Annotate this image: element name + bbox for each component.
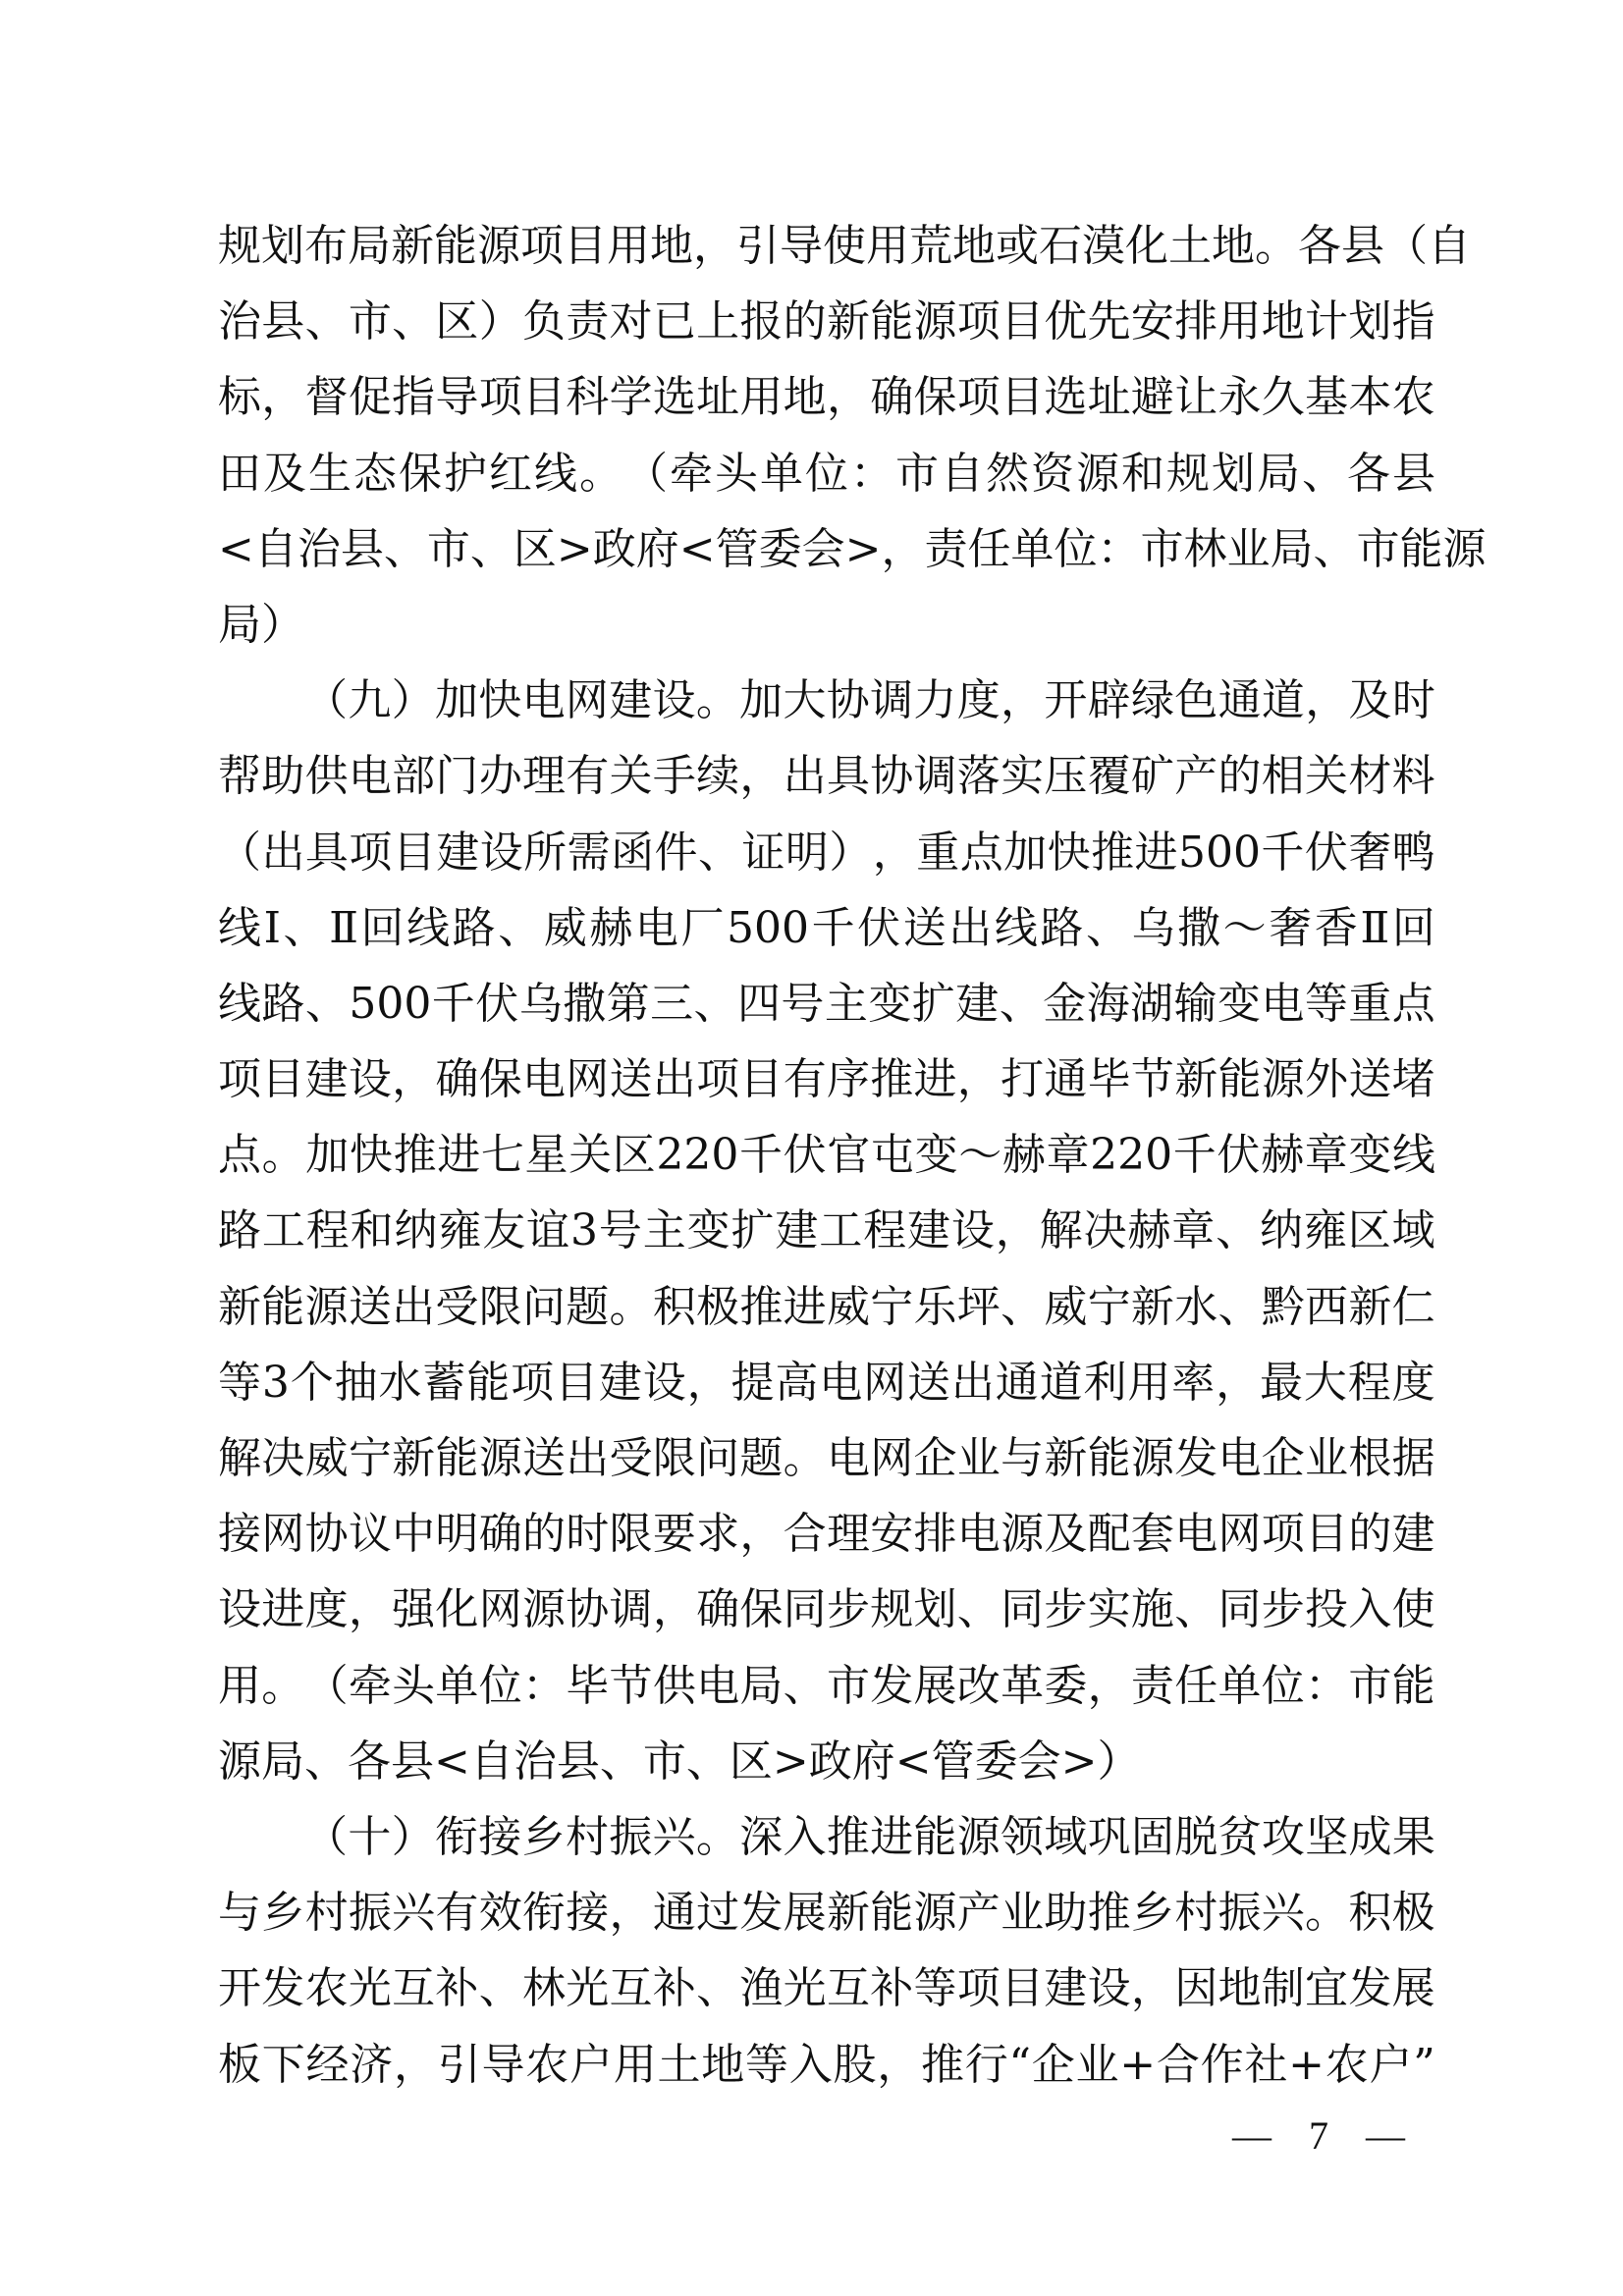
text-glyph: + (1119, 2027, 1156, 2103)
text-glyph: 网 (1217, 1496, 1261, 1572)
text-line: （出具项目建设所需函件、证明），重点加快推进500千伏奢鸭 (218, 815, 1435, 890)
text-glyph: 使 (1392, 1572, 1435, 1647)
text-glyph: 。 (610, 1269, 653, 1345)
text-glyph: 新 (1348, 1269, 1391, 1345)
text-glyph: 点 (1392, 966, 1435, 1041)
text-glyph: 撒 (1177, 890, 1220, 966)
text-glyph: 具 (827, 738, 870, 814)
text-glyph: 、 (696, 1950, 739, 2026)
text-glyph: 土 (1168, 208, 1212, 284)
text-glyph: 助 (1044, 1875, 1087, 1950)
text-glyph: （ (305, 1648, 349, 1724)
text-glyph: ） (479, 284, 522, 359)
text-glyph: 章 (1047, 1117, 1090, 1193)
text-glyph: 同 (784, 1572, 827, 1647)
text-glyph: 业 (1076, 2027, 1119, 2103)
text-glyph: 项 (957, 1950, 1001, 2026)
text-glyph: 3 (262, 1345, 290, 1420)
text-glyph: 伏 (475, 966, 518, 1041)
text-glyph: 四 (737, 966, 781, 1041)
text-glyph: 出 (261, 815, 304, 890)
text-glyph: 、 (600, 1724, 643, 1799)
text-glyph: 治 (298, 511, 341, 587)
text-glyph: 加 (1003, 815, 1047, 890)
text-glyph: 具 (305, 815, 349, 890)
text-glyph: 排 (1174, 284, 1217, 359)
text-glyph: 石 (1039, 208, 1082, 284)
text-glyph: 各 (1298, 208, 1341, 284)
text-glyph: 堵 (1392, 1041, 1435, 1117)
text-glyph: 振 (609, 1799, 652, 1875)
text-glyph: 的 (784, 284, 827, 359)
text-glyph: 线 (1392, 1117, 1435, 1193)
text-glyph: 问 (696, 1420, 739, 1496)
text-glyph: 址 (1088, 359, 1131, 435)
text-glyph: 、 (698, 815, 741, 890)
text-glyph: 利 (1084, 1345, 1127, 1420)
text-glyph: 毕 (1088, 1041, 1131, 1117)
text-glyph: ， (653, 1572, 696, 1647)
text-glyph: 、 (957, 1572, 1001, 1647)
text-glyph: 千 (739, 1117, 783, 1193)
text-glyph: 能 (434, 208, 477, 284)
text-glyph: 进 (437, 1117, 480, 1193)
text-glyph: 县 (391, 1724, 434, 1799)
text-glyph: 电 (827, 1420, 870, 1496)
text-glyph: 九 (348, 663, 391, 738)
text-glyph: 送 (1348, 1041, 1391, 1117)
text-glyph: 使 (823, 208, 866, 284)
text-glyph: < (895, 1724, 932, 1799)
text-glyph: 排 (914, 1496, 957, 1572)
text-glyph: 变 (915, 1117, 958, 1193)
text-glyph: 本 (1348, 359, 1391, 435)
text-glyph: 续 (696, 738, 739, 814)
text-glyph: 域 (1392, 1193, 1435, 1268)
text-glyph: 水 (1174, 1269, 1217, 1345)
text-glyph: 电 (1174, 1496, 1217, 1572)
text-glyph: 计 (1305, 284, 1348, 359)
text-glyph: 果 (1392, 1799, 1435, 1875)
text-glyph: 能 (870, 1875, 913, 1950)
text-glyph: 扩 (731, 1193, 775, 1268)
text-line: 解决威宁新能源送出受限问题。电网企业与新能源发电企业根据 (218, 1420, 1435, 1496)
text-glyph: 程 (306, 1193, 350, 1268)
text-glyph: 开 (1044, 663, 1087, 738)
text-glyph: 标 (218, 359, 261, 435)
text-glyph: 赫 (1002, 1117, 1046, 1193)
text-glyph: 建 (955, 966, 999, 1041)
text-glyph: 伏 (1305, 815, 1348, 890)
text-glyph: 源 (305, 1269, 349, 1345)
text-glyph: 领 (1001, 1799, 1044, 1875)
text-glyph: 件 (655, 815, 698, 890)
text-glyph: 、 (1216, 1193, 1259, 1268)
text-glyph: 产 (1174, 738, 1217, 814)
text-glyph: 宁 (1088, 1269, 1131, 1345)
text-glyph: 有 (566, 738, 609, 814)
text-glyph: 能 (466, 1345, 510, 1420)
text-glyph: 局 (739, 1648, 783, 1724)
text-glyph: 变 (687, 1193, 730, 1268)
text-line: 源局、各县<自治县、市、区>政府<管委会>） (218, 1724, 1435, 1799)
text-glyph: 高 (775, 1345, 818, 1420)
text-glyph: 关 (1305, 738, 1348, 814)
text-line: 接网协议中明确的时限要求，合理安排电源及配套电网项目的建 (218, 1496, 1435, 1572)
text-glyph: 鸭 (1392, 815, 1435, 890)
text-glyph: 业 (1227, 511, 1271, 587)
text-glyph: 光 (566, 1950, 609, 2026)
text-glyph: 西 (1305, 1269, 1348, 1345)
text-glyph: 自 (254, 511, 298, 587)
text-glyph: 坚 (1305, 1799, 1348, 1875)
text-glyph: 推 (827, 1799, 870, 1875)
text-glyph: 千 (812, 890, 855, 966)
text-glyph: 海 (1087, 966, 1130, 1041)
text-glyph: 谊 (526, 1193, 569, 1268)
text-glyph: + (1288, 2027, 1325, 2103)
text-glyph: 建 (609, 663, 652, 738)
text-glyph: 责 (566, 284, 609, 359)
text-glyph: 程 (863, 1193, 906, 1268)
text-glyph: 电 (522, 1041, 566, 1117)
text-glyph: 政 (593, 511, 636, 587)
text-glyph: 、 (304, 1724, 348, 1799)
text-glyph: 同 (1217, 1572, 1261, 1647)
text-glyph: 奢 (1348, 815, 1391, 890)
text-glyph: 等 (218, 1345, 261, 1420)
text-glyph: ） (261, 587, 304, 663)
text-glyph: 重 (916, 815, 959, 890)
text-glyph: 股 (834, 2027, 877, 2103)
text-line: 与乡村振兴有效衔接，通过发展新能源产业助推乡村振兴。积极 (218, 1875, 1435, 1950)
text-glyph: 光 (784, 1950, 827, 2026)
text-glyph: 伏 (1217, 1117, 1260, 1193)
text-glyph: 地 (784, 359, 827, 435)
text-glyph: 兴 (653, 1799, 696, 1875)
text-glyph: 覆 (1088, 738, 1131, 814)
text-glyph: 村 (1174, 1875, 1217, 1950)
text-glyph: 序 (827, 1041, 870, 1117)
text-glyph: 地 (1262, 284, 1305, 359)
text-glyph: 衔 (522, 1875, 566, 1950)
text-glyph: 各 (348, 1724, 391, 1799)
text-glyph: 项 (479, 359, 522, 435)
text-glyph: 用 (739, 359, 783, 435)
text-glyph: ， (957, 1041, 1001, 1117)
text-glyph: 县 (1392, 436, 1435, 511)
text-glyph: ” (1413, 2027, 1435, 2103)
text-glyph: 千 (1173, 1117, 1217, 1193)
text-glyph: 管 (932, 1724, 975, 1799)
text-glyph: 、 (784, 1648, 827, 1724)
text-glyph: 目 (564, 208, 607, 284)
text-glyph: 220 (1090, 1117, 1172, 1193)
text-glyph: 兴 (1262, 1875, 1305, 1950)
text-glyph: 用 (614, 2027, 657, 2103)
text-glyph: 负 (522, 284, 566, 359)
section-heading-line: （十）衔接乡村振兴。深入推进能源领域巩固脱贫攻坚成果 (218, 1799, 1435, 1875)
text-glyph: 调 (914, 738, 957, 814)
text-glyph: 乡 (522, 1799, 566, 1875)
text-glyph: 强 (392, 1572, 435, 1647)
text-glyph: 十 (348, 1799, 391, 1875)
text-glyph: 项 (520, 208, 564, 284)
text-glyph: 供 (653, 1648, 696, 1724)
text-glyph: 通 (996, 1345, 1039, 1420)
text-glyph: 先 (1088, 284, 1131, 359)
text-glyph: 委 (1044, 1648, 1087, 1724)
text-glyph: 学 (610, 359, 653, 435)
text-glyph: 矿 (1131, 738, 1174, 814)
text-glyph: 力 (913, 663, 956, 738)
text-glyph: 土 (658, 2027, 701, 2103)
text-glyph: （ (218, 815, 261, 890)
text-glyph: 补 (870, 1950, 913, 2026)
text-glyph: 威 (827, 1269, 870, 1345)
text-glyph: 能 (913, 1799, 956, 1875)
text-glyph: 。 (696, 1799, 739, 1875)
text-glyph: 变 (868, 966, 911, 1041)
text-glyph: < (679, 511, 716, 587)
text-glyph: 项 (349, 815, 392, 890)
text-glyph: ， (1305, 663, 1348, 738)
text-glyph: 局 (348, 208, 391, 284)
text-glyph: 衔 (435, 1799, 478, 1875)
text-glyph: 七 (481, 1117, 524, 1193)
text-glyph: 电 (635, 890, 678, 966)
text-glyph: 合 (784, 1496, 827, 1572)
text-glyph: ～ (958, 1117, 1001, 1193)
text-glyph: 奢 (1269, 890, 1312, 966)
text-glyph: 成 (1349, 1799, 1392, 1875)
text-glyph: 推 (870, 1041, 913, 1117)
text-glyph: 号 (599, 1193, 642, 1268)
text-glyph: 、 (392, 284, 435, 359)
text-glyph: 变 (1348, 1117, 1391, 1193)
text-glyph: 科 (566, 359, 609, 435)
text-glyph: 、 (1217, 1269, 1261, 1345)
text-glyph: 脱 (1174, 1799, 1217, 1875)
text-glyph: 固 (1131, 1799, 1174, 1875)
text-glyph: “ (1009, 2027, 1032, 2103)
text-glyph: 宜 (1305, 1950, 1348, 2026)
text-glyph: 及 (263, 436, 306, 511)
text-glyph: 位 (1262, 1648, 1305, 1724)
text-glyph: 进 (1135, 815, 1178, 890)
text-glyph: > (845, 511, 882, 587)
text-glyph: 所 (523, 815, 567, 890)
text-glyph: 配 (1088, 1496, 1131, 1572)
text-glyph: （ (1384, 208, 1428, 284)
text-glyph: 址 (696, 359, 739, 435)
text-glyph: 然 (986, 436, 1029, 511)
text-glyph: 的 (1217, 738, 1261, 814)
text-glyph: > (773, 1724, 809, 1799)
text-glyph: 目 (739, 1041, 783, 1117)
text-glyph: 安 (870, 1496, 913, 1572)
text-glyph: 深 (739, 1799, 783, 1875)
text-glyph: 或 (996, 208, 1039, 284)
text-glyph: 和 (351, 1193, 394, 1268)
text-glyph: 提 (731, 1345, 775, 1420)
text-glyph: 域 (1044, 1799, 1087, 1875)
text-glyph: 网 (566, 663, 609, 738)
text-glyph: 蓄 (422, 1345, 465, 1420)
text-glyph: 接 (566, 1875, 609, 1950)
text-glyph: 户 (1370, 2027, 1413, 2103)
text-glyph: 选 (1044, 359, 1087, 435)
text-glyph: 对 (610, 284, 653, 359)
text-glyph: 湖 (1130, 966, 1173, 1041)
text-glyph: 自 (941, 436, 984, 511)
text-glyph: ， (877, 2027, 920, 2103)
text-glyph: 大 (783, 663, 826, 738)
text-glyph: 保 (479, 1041, 522, 1117)
text-glyph: 快 (1048, 815, 1091, 890)
text-glyph: 划 (914, 1572, 957, 1647)
body-text: 规划布局新能源项目用地，引导使用荒地或石漠化土地。各县（自 治县、市、区）负责对… (218, 208, 1435, 2103)
text-glyph: 助 (261, 738, 304, 814)
text-glyph: 出 (392, 1269, 435, 1345)
text-glyph: 、 (1000, 966, 1043, 1041)
text-glyph: 目 (555, 1345, 598, 1420)
text-glyph: 头 (715, 436, 758, 511)
text-glyph: 推 (921, 2027, 964, 2103)
text-glyph: 新 (827, 284, 870, 359)
text-glyph: 委 (759, 511, 802, 587)
text-glyph: 区 (1348, 1193, 1391, 1268)
text-glyph: 工 (819, 1193, 862, 1268)
text-glyph: ， (1088, 1648, 1131, 1724)
text-glyph: 送 (349, 1269, 392, 1345)
text-glyph: 自 (470, 1724, 514, 1799)
text-glyph: 永 (1217, 359, 1261, 435)
text-glyph: 回 (361, 890, 405, 966)
text-glyph: 加 (435, 663, 478, 738)
text-glyph: 理 (522, 738, 566, 814)
text-glyph: 赫 (1261, 1117, 1304, 1193)
page-number: — 7 — (1232, 2112, 1419, 2159)
text-glyph: 屯 (871, 1117, 914, 1193)
text-glyph: 、 (694, 966, 737, 1041)
text-glyph: 坪 (957, 1269, 1001, 1345)
text-glyph: 香 (1315, 890, 1358, 966)
text-glyph: 确 (696, 1572, 739, 1647)
text-glyph: 源 (218, 1724, 261, 1799)
text-glyph: 企 (1262, 1420, 1305, 1496)
text-glyph: 纳 (395, 1193, 438, 1268)
text-glyph: 材 (1348, 738, 1391, 814)
text-glyph: 目 (261, 1041, 304, 1117)
text-glyph: 外 (1305, 1041, 1348, 1117)
text-glyph: 率 (1171, 1345, 1215, 1420)
text-glyph: 时 (1392, 663, 1435, 738)
text-glyph: 协 (305, 1496, 349, 1572)
text-glyph: 补 (435, 1950, 478, 2026)
text-glyph: 时 (566, 1496, 609, 1572)
text-glyph: 合 (1157, 2027, 1200, 2103)
text-glyph: 限 (610, 1496, 653, 1572)
text-glyph: 道 (1262, 663, 1305, 738)
text-glyph: 能 (870, 284, 913, 359)
text-glyph: 主 (643, 1193, 686, 1268)
text-glyph: 展 (914, 1648, 957, 1724)
text-line: 等3个抽水蓄能项目建设，提高电网送出通道利用率，最大程度 (218, 1345, 1435, 1420)
text-glyph: 用 (1217, 284, 1261, 359)
text-glyph: 同 (1001, 1572, 1044, 1647)
text-glyph: ， (1001, 663, 1044, 738)
text-glyph: 能 (261, 1269, 304, 1345)
text-glyph: 步 (827, 1572, 870, 1647)
text-glyph: 能 (435, 1420, 478, 1496)
text-glyph: 压 (1044, 738, 1087, 814)
text-glyph: 市 (827, 1648, 870, 1724)
text-glyph: 与 (1001, 1420, 1044, 1496)
text-glyph: 威 (544, 890, 587, 966)
text-glyph: 220 (656, 1117, 738, 1193)
text-glyph: 度 (1392, 1345, 1435, 1420)
text-glyph: 头 (392, 1648, 435, 1724)
text-glyph: 单 (1217, 1648, 1261, 1724)
text-glyph: 网 (863, 1345, 906, 1420)
text-glyph: 规 (1166, 436, 1210, 511)
text-line: 帮助供电部门办理有关手续，出具协调落实压覆矿产的相关材料 (218, 738, 1435, 814)
text-glyph: Ⅰ (264, 890, 281, 966)
text-glyph: 发 (870, 1648, 913, 1724)
text-glyph: 的 (522, 1496, 566, 1572)
text-glyph: 接 (478, 1799, 521, 1875)
text-glyph: 议 (349, 1496, 392, 1572)
text-glyph: 落 (957, 738, 1001, 814)
text-glyph: 有 (435, 1875, 478, 1950)
text-glyph: 设 (643, 1345, 686, 1420)
text-glyph: 、 (498, 890, 541, 966)
text-glyph: 最 (1260, 1345, 1303, 1420)
text-glyph: 牵 (349, 1648, 392, 1724)
text-glyph: 辟 (1088, 663, 1131, 738)
text-glyph: 实 (1088, 1572, 1131, 1647)
text-glyph: 新 (1131, 1269, 1174, 1345)
text-glyph: 农 (1392, 359, 1435, 435)
text-line: 项目建设，确保电网送出项目有序推进，打通毕节新能源外送堵 (218, 1041, 1435, 1117)
text-glyph: 推 (1088, 1875, 1131, 1950)
text-glyph: 。 (262, 1117, 305, 1193)
text-glyph: 函 (611, 815, 654, 890)
text-glyph: 出 (566, 1420, 609, 1496)
text-glyph: 设 (1088, 1950, 1131, 2026)
text-glyph: 、 (1302, 436, 1345, 511)
text-glyph: 章 (1171, 1193, 1215, 1268)
text-glyph: 区 (730, 1724, 773, 1799)
text-glyph: 路 (1040, 890, 1083, 966)
text-glyph: 社 (1244, 2027, 1287, 2103)
text-glyph: 项 (511, 1345, 554, 1420)
text-glyph: 报 (739, 284, 783, 359)
text-glyph: 节 (610, 1648, 653, 1724)
text-glyph: 县 (341, 511, 384, 587)
text-glyph: 市 (427, 511, 470, 587)
text-glyph: 市 (1141, 511, 1184, 587)
text-line: 局） (218, 587, 1435, 663)
text-glyph: 引 (438, 2027, 481, 2103)
text-glyph: 宁 (870, 1269, 913, 1345)
text-glyph: 节 (1131, 1041, 1174, 1117)
text-glyph: 等 (914, 1950, 957, 2026)
text-line: 线Ⅰ、Ⅱ回线路、威赫电厂500千伏送出线路、乌撒～奢香Ⅱ回 (218, 890, 1435, 966)
text-glyph: 题 (739, 1420, 783, 1496)
text-glyph: 府 (852, 1724, 895, 1799)
